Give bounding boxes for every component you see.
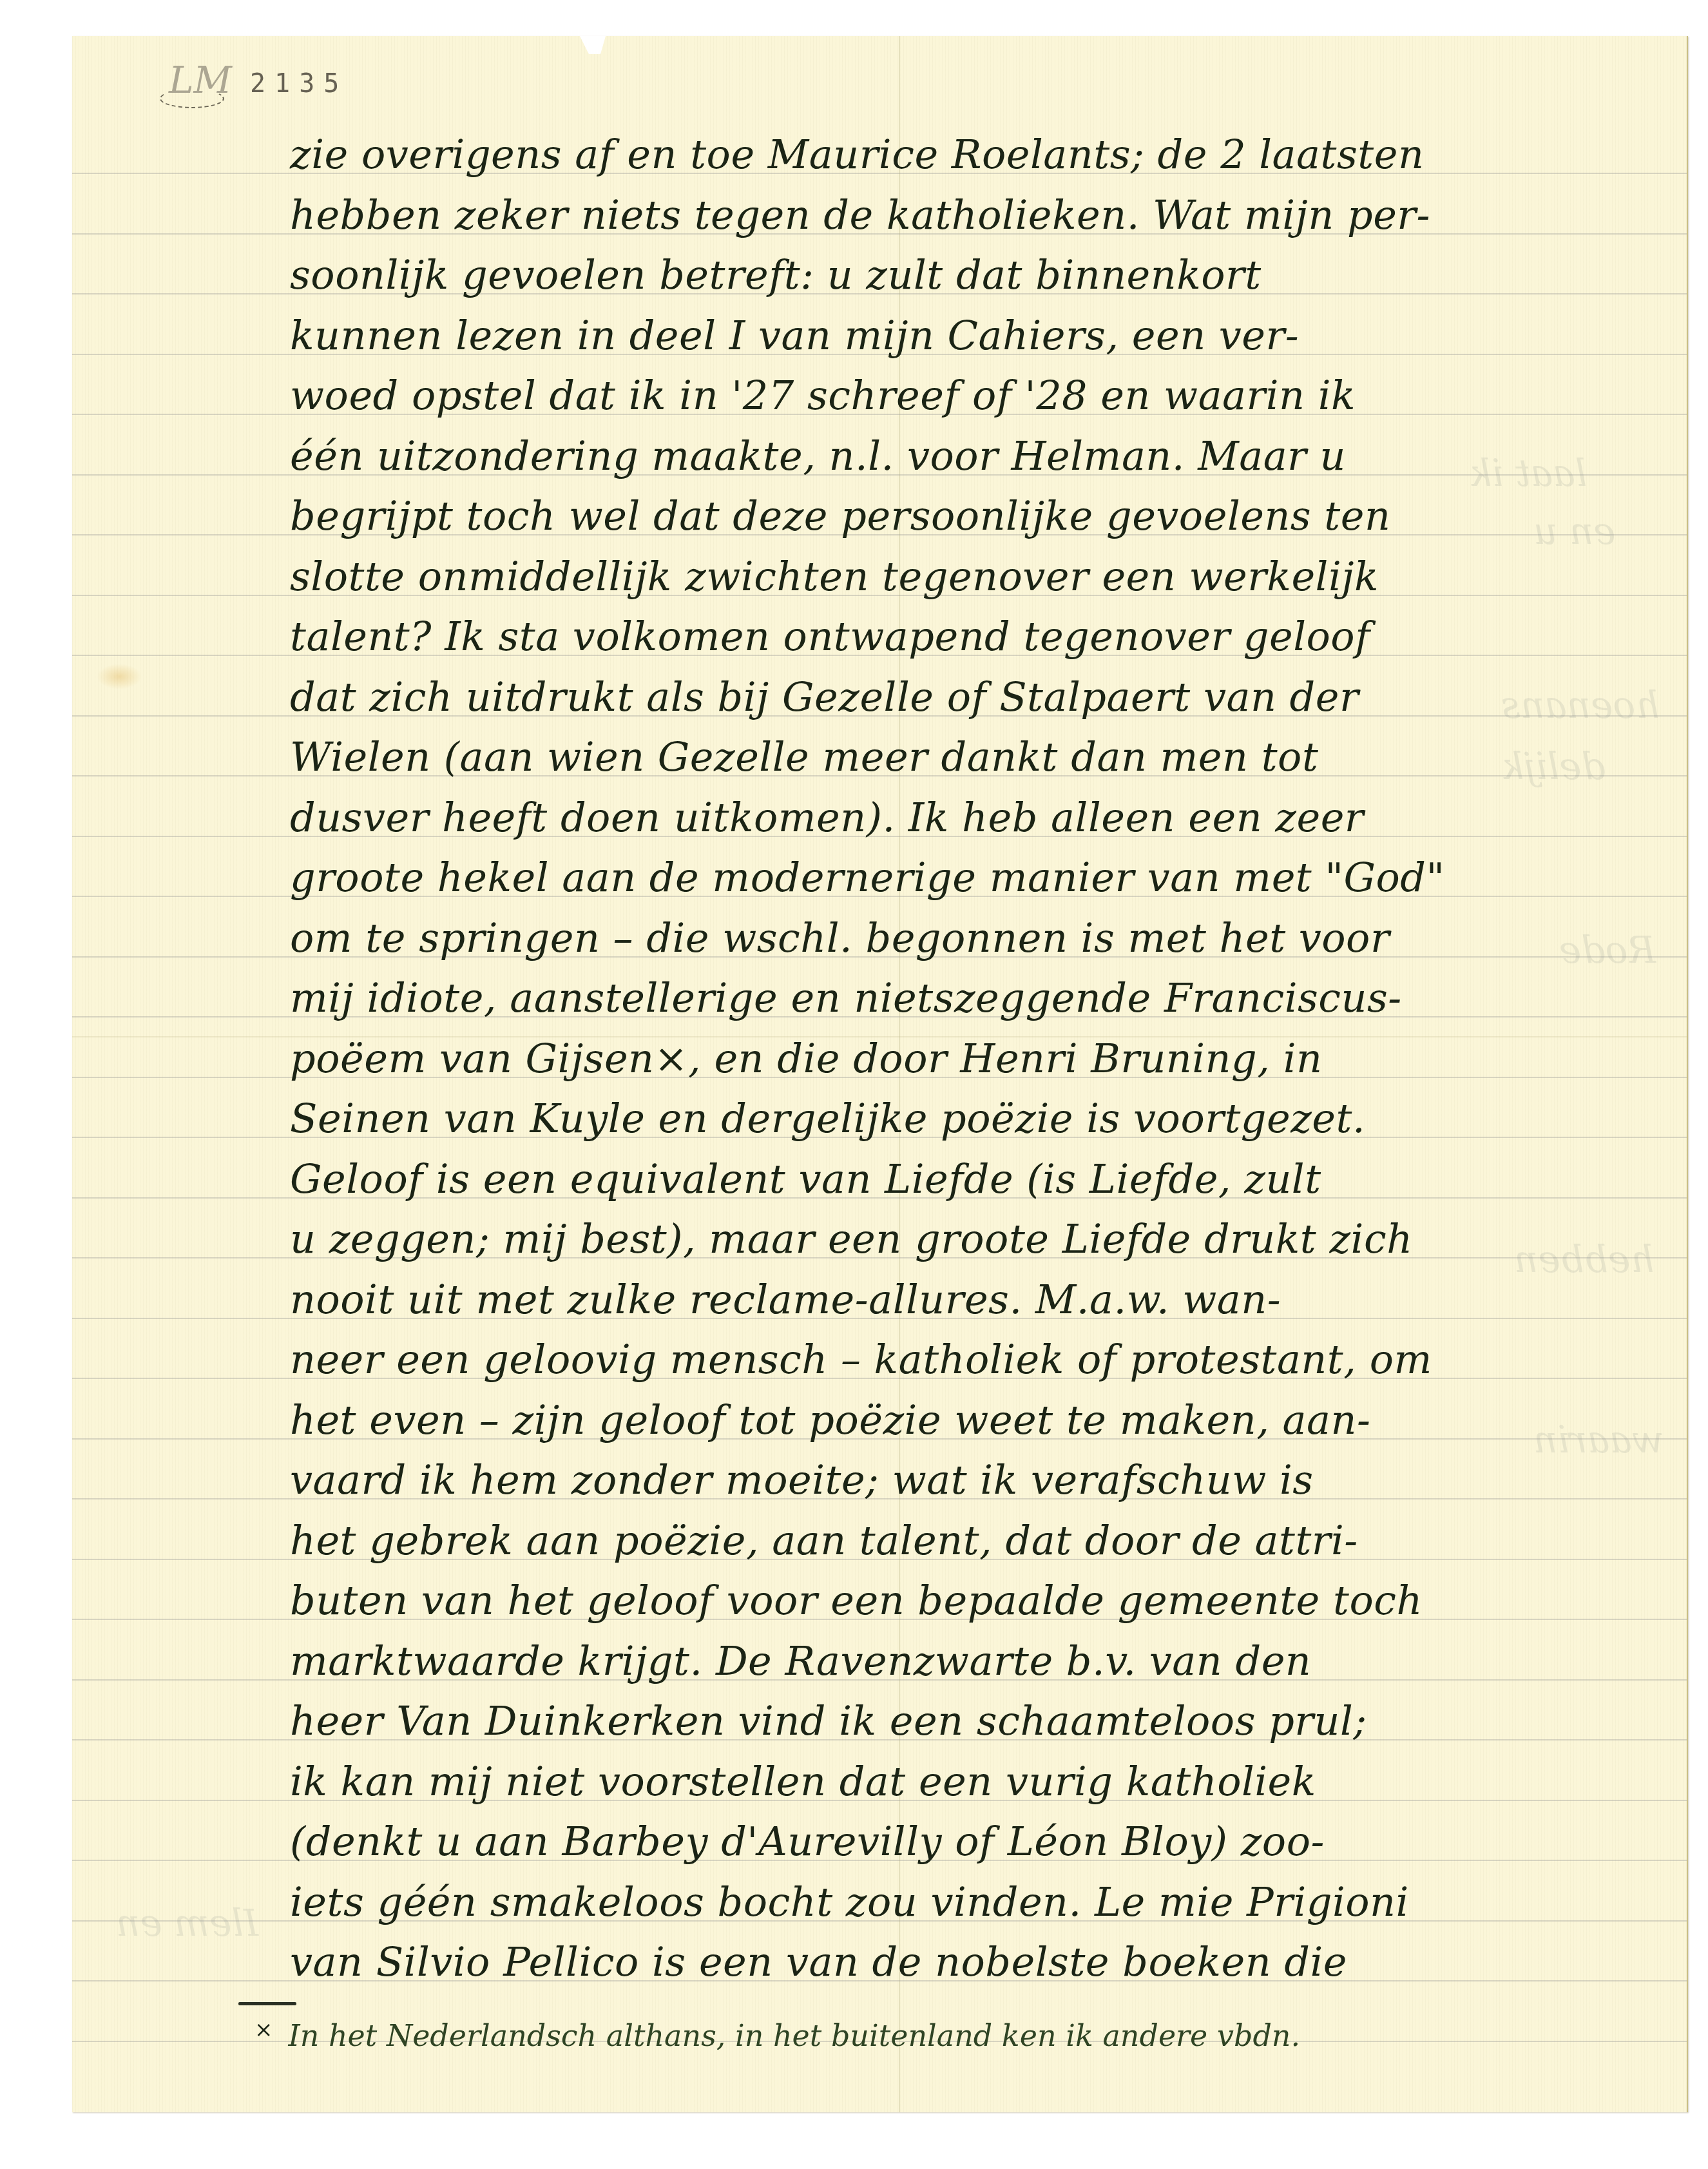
letter-line: heer Van Duinkerken vind ik een schaamte… [290,1695,1675,1756]
letter-line: poëem van Gijsen×, en die door Henri Bru… [290,1033,1675,1094]
footnote: ×In het Nederlandsch althans, in het bui… [254,2017,1300,2053]
letter-line: marktwaarde krijgt. De Ravenzwarte b.v. … [290,1635,1675,1696]
letter-line: (denkt u aan Barbey d'Aurevilly of Léon … [290,1816,1675,1876]
letter-line: iets géén smakeloos bocht zou vinden. Le… [290,1876,1675,1937]
letter-line: groote hekel aan de modernerige manier v… [290,852,1675,912]
letter-line: mij idiote, aanstellerige en nietszeggen… [290,972,1675,1033]
letter-line: neer een geloovig mensch – katholiek of … [290,1334,1675,1394]
footnote-text: In het Nederlandsch althans, in het buit… [289,2018,1301,2053]
letter-body: zie overigens af en toe Maurice Roelants… [290,129,1675,1997]
letter-line: het gebrek aan poëzie, aan talent, dat d… [290,1515,1675,1576]
letter-line: Geloof is een equivalent van Liefde (is … [290,1153,1675,1214]
letter-line: zie overigens af en toe Maurice Roelants… [290,129,1675,189]
letter-line: ik kan mij niet voorstellen dat een vuri… [290,1756,1675,1817]
letter-line: één uitzondering maakte, n.l. voor Helma… [290,430,1675,491]
letter-line: vaard ik hem zonder moeite; wat ik veraf… [290,1454,1675,1515]
letter-line: het even – zijn geloof tot poëzie weet t… [290,1394,1675,1455]
letter-line: dat zich uitdrukt als bij Gezelle of Sta… [290,671,1675,732]
letter-line: u zeggen; mij best), maar een groote Lie… [290,1213,1675,1274]
letter-line: begrijpt toch wel dat deze persoonlijke … [290,490,1675,551]
letter-line: kunnen lezen in deel I van mijn Cahiers,… [290,310,1675,371]
letter-line: van Silvio Pellico is een van de nobelst… [290,1936,1675,1997]
letter-line: om te springen – die wschl. begonnen is … [290,912,1675,973]
paper-stain [97,664,142,689]
letter-line: soonlijk gevoelen betreft: u zult dat bi… [290,249,1675,310]
letter-line: slotte onmiddellijk zwichten tegenover e… [290,551,1675,612]
footnote-marker: × [254,2017,273,2043]
archive-number: 2135 [250,69,348,99]
archive-stamp: LM 2135 [160,58,348,110]
letter-line: dusver heeft doen uitkomen). Ik heb alle… [290,792,1675,853]
letter-line: buten van het geloof voor een bepaalde g… [290,1575,1675,1635]
letter-line: Wielen (aan wien Gezelle meer dankt dan … [290,731,1675,792]
letter-line: nooit uit met zulke reclame-allures. M.a… [290,1274,1675,1335]
letter-line: woed opstel dat ik in '27 schreef of '28… [290,370,1675,430]
archive-logo-icon: LM [160,58,224,110]
letter-line: hebben zeker niets tegen de katholieken.… [290,189,1675,250]
letter-line: Seinen van Kuyle en dergelijke poëzie is… [290,1093,1675,1153]
letter-line: talent? Ik sta volkomen ontwapend tegeno… [290,611,1675,671]
footnote-divider [238,2002,296,2005]
